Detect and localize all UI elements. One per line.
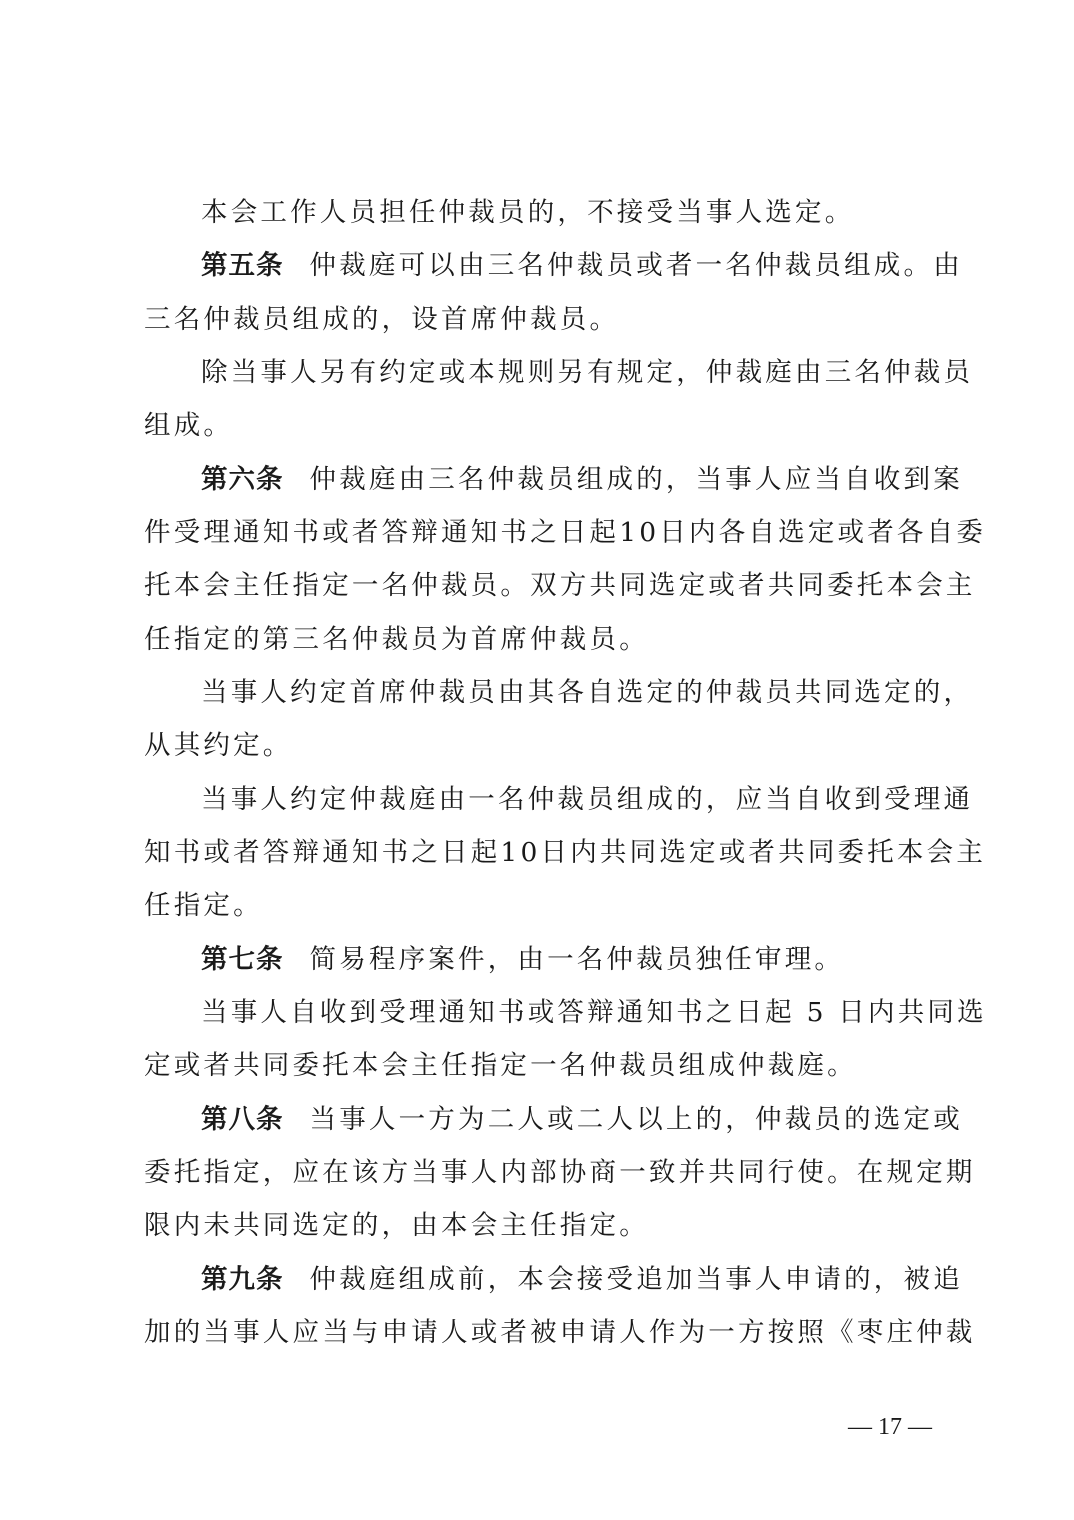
paragraph-line: 任指定的第三名仲裁员为首席仲裁员。 [144,620,934,660]
article-heading: 第七条 [201,944,284,975]
paragraph-line: 件受理通知书或者答辩通知书之日起10日内各自选定或者各自委 [144,513,934,553]
line-text: 任指定的第三名仲裁员为首席仲裁员。 [144,624,649,655]
paragraph-line: 委托指定，应在该方当事人内部协商一致并共同行使。在规定期 [144,1153,934,1193]
paragraph-line: 从其约定。 [144,726,934,766]
line-text: 件受理通知书或者答辩通知书之日起10日内各自选定或者各自委 [144,517,986,548]
line-text: 当事人约定仲裁庭由一名仲裁员组成的，应当自收到受理通 [201,784,973,815]
line-text: 委托指定，应在该方当事人内部协商一致并共同行使。在规定期 [144,1157,976,1188]
document-page: 本会工作人员担任仲裁员的，不接受当事人选定。 第五条仲裁庭可以由三名仲裁员或者一… [0,0,1074,1520]
article-heading: 第五条 [201,250,284,281]
paragraph-line: 本会工作人员担任仲裁员的，不接受当事人选定。 [201,193,934,233]
line-text: 当事人自收到受理通知书或答辩通知书之日起 5 日内共同选 [201,997,987,1028]
article-5-heading-line: 第五条仲裁庭可以由三名仲裁员或者一名仲裁员组成。由 [201,246,934,286]
line-text: 仲裁庭可以由三名仲裁员或者一名仲裁员组成。由 [310,250,963,281]
paragraph-line: 托本会主任指定一名仲裁员。双方共同选定或者共同委托本会主 [144,566,934,606]
paragraph-line: 知书或者答辩通知书之日起10日内共同选定或者共同委托本会主 [144,833,934,873]
paragraph-line: 定或者共同委托本会主任指定一名仲裁员组成仲裁庭。 [144,1046,934,1086]
paragraph-line: 三名仲裁员组成的，设首席仲裁员。 [144,300,934,340]
article-heading: 第八条 [201,1104,284,1135]
paragraph-line: 当事人约定首席仲裁员由其各自选定的仲裁员共同选定的， [201,673,934,713]
line-text: 简易程序案件，由一名仲裁员独任审理。 [310,944,845,975]
line-text: 任指定。 [144,890,263,921]
paragraph-line: 当事人约定仲裁庭由一名仲裁员组成的，应当自收到受理通 [201,780,934,820]
line-text: 知书或者答辩通知书之日起10日内共同选定或者共同委托本会主 [144,837,986,868]
line-text: 三名仲裁员组成的，设首席仲裁员。 [144,304,619,335]
line-text: 仲裁庭由三名仲裁员组成的，当事人应当自收到案 [310,464,963,495]
line-text: 加的当事人应当与申请人或者被申请人作为一方按照《枣庄仲裁 [144,1317,976,1348]
line-text: 本会工作人员担任仲裁员的，不接受当事人选定。 [201,197,854,228]
paragraph-line: 当事人自收到受理通知书或答辩通知书之日起 5 日内共同选 [201,993,934,1033]
article-heading: 第六条 [201,464,284,495]
line-text: 当事人约定首席仲裁员由其各自选定的仲裁员共同选定的， [201,677,973,708]
line-text: 仲裁庭组成前，本会接受追加当事人申请的，被追 [310,1264,963,1295]
page-number: — 17 — [840,1412,940,1442]
paragraph-line: 限内未共同选定的，由本会主任指定。 [144,1206,934,1246]
article-7-heading-line: 第七条简易程序案件，由一名仲裁员独任审理。 [201,940,934,980]
article-9-heading-line: 第九条仲裁庭组成前，本会接受追加当事人申请的，被追 [201,1260,934,1300]
line-text: 组成。 [144,410,233,441]
article-heading: 第九条 [201,1264,284,1295]
paragraph-line: 组成。 [144,406,934,446]
line-text: 托本会主任指定一名仲裁员。双方共同选定或者共同委托本会主 [144,570,976,601]
line-text: 当事人一方为二人或二人以上的，仲裁员的选定或 [310,1104,963,1135]
paragraph-line: 除当事人另有约定或本规则另有规定，仲裁庭由三名仲裁员 [201,353,934,393]
line-text: 从其约定。 [144,730,293,761]
line-text: 定或者共同委托本会主任指定一名仲裁员组成仲裁庭。 [144,1050,857,1081]
paragraph-line: 任指定。 [144,886,934,926]
article-8-heading-line: 第八条当事人一方为二人或二人以上的，仲裁员的选定或 [201,1100,934,1140]
paragraph-line: 加的当事人应当与申请人或者被申请人作为一方按照《枣庄仲裁 [144,1313,934,1353]
line-text: 限内未共同选定的，由本会主任指定。 [144,1210,649,1241]
line-text: 除当事人另有约定或本规则另有规定，仲裁庭由三名仲裁员 [201,357,973,388]
article-6-heading-line: 第六条仲裁庭由三名仲裁员组成的，当事人应当自收到案 [201,460,934,500]
